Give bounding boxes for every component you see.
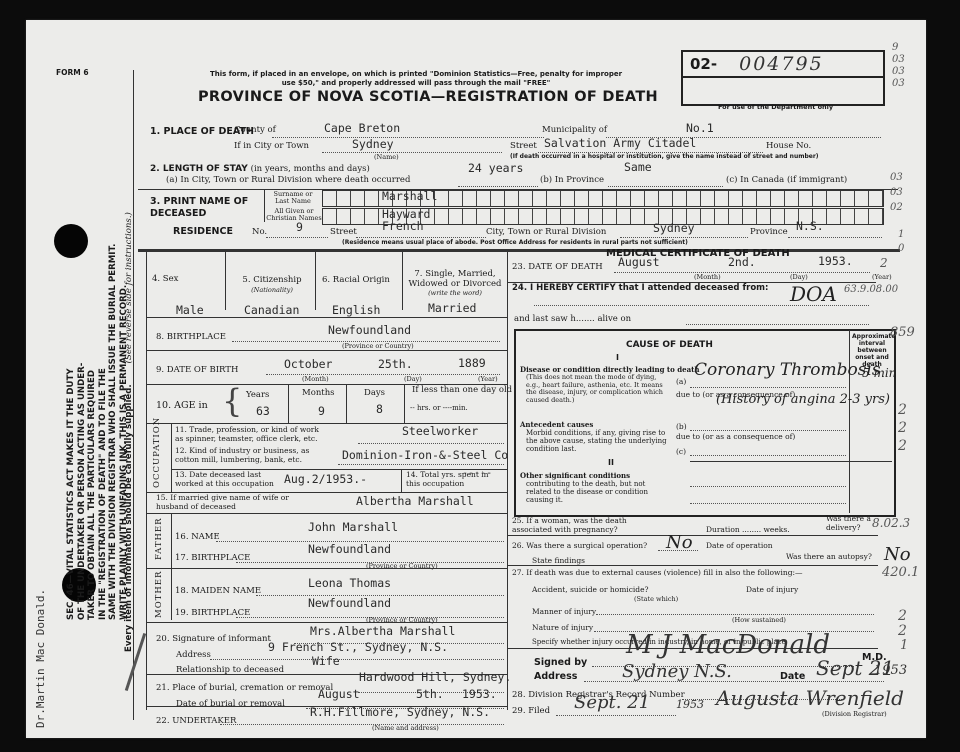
house-label: House No.: [766, 141, 811, 151]
birthplace-value: Newfoundland: [328, 323, 411, 337]
b-label: (b): [676, 422, 687, 431]
postal-note: This form, if placed in an envelope, on …: [186, 70, 646, 88]
informant-sig-label: 20. Signature of informant: [156, 634, 271, 644]
filed-year: 1953: [676, 698, 704, 711]
page-title: PROVINCE OF NOVA SCOTIA—REGISTRATION OF …: [198, 89, 658, 105]
death-certificate: Dr.Martin Mac Donald. SEC. 46—VITAL STAT…: [26, 20, 926, 738]
signed-label: Signed by: [534, 657, 587, 668]
residence-no-label: No.: [252, 227, 267, 237]
birthplace-label: 8. BIRTHPLACE: [156, 332, 226, 342]
physician-signature: M J MacDonald: [626, 630, 830, 660]
province-value: N.S.: [796, 219, 824, 233]
margin-codes-mid: 10: [898, 228, 904, 256]
length-of-stay-label: 2. LENGTH OF STAY (in years, months and …: [150, 164, 370, 174]
sex-label: 4. Sex: [152, 274, 178, 284]
county-label: County of: [234, 125, 276, 135]
name-label: 3. PRINT NAME OF DECEASED: [150, 196, 250, 220]
mother-name: Leona Thomas: [308, 576, 391, 590]
residence-note: (Residence means usual place of abode. P…: [342, 239, 688, 246]
dob-label: 9. DATE OF BIRTH: [156, 365, 238, 375]
residence-label: RESIDENCE: [173, 226, 233, 237]
accident-label: Accident, suicide or homicide?: [532, 585, 649, 594]
municipality-label: Municipality of: [542, 125, 607, 135]
surname-label: Surname or Last Name: [268, 191, 318, 205]
dod-month: August: [618, 255, 660, 269]
dob-year: 1889: [458, 356, 486, 370]
margin-code: 8.02.3: [872, 516, 910, 530]
findings-label: State findings: [532, 556, 585, 565]
brace: {: [222, 386, 242, 416]
dept-note: For use of the Department only: [718, 103, 833, 111]
margin-code: 420.1: [882, 565, 919, 580]
age-label: 10. AGE in: [156, 400, 208, 411]
residence-street-label: Street: [330, 227, 357, 237]
occupation-side-label: OCCUPATION: [152, 417, 162, 488]
last-worked-label: 13. Date deceased last worked at this oc…: [175, 471, 285, 488]
age-less-label: If less than one day old: [412, 385, 512, 395]
q26-date: Date of operation: [706, 541, 773, 550]
age-months-label: Months: [302, 388, 335, 398]
mother-side-label: MOTHER: [154, 571, 164, 618]
industry-label: 12. Kind of industry or business, as cot…: [175, 447, 335, 464]
section-ii: II: [608, 458, 614, 467]
injury-date-label: Date of injury: [746, 585, 798, 594]
margin-rule: [133, 70, 134, 720]
caption: (Month): [302, 375, 329, 383]
racial-value: English: [332, 303, 380, 317]
margin-code: 2: [898, 608, 907, 624]
margin-code: 859: [890, 325, 915, 340]
caption: (Division Registrar): [822, 710, 887, 718]
q25-delivery: Was there a delivery?: [826, 514, 876, 532]
due-to-a: (History of angina 2-3 yrs): [716, 392, 890, 407]
sign-date-label: Date: [780, 671, 805, 682]
dob-day: 25th.: [378, 357, 413, 371]
stay-a-value: 24 years: [468, 161, 523, 175]
father-side-label: FATHER: [154, 517, 164, 560]
residence-city: Sydney: [653, 221, 695, 235]
margin-code: 2: [898, 438, 907, 454]
given-label: All Given or Christian Names: [266, 208, 322, 222]
caption: (How sustained): [732, 616, 786, 624]
burial-place-label: 21. Place of burial, cremation or remova…: [156, 683, 333, 693]
racial-label: 6. Racial Origin: [322, 275, 390, 285]
undertaker-value: R.H.Fillmore, Sydney, N.S.: [310, 705, 490, 719]
certify-code: 63.9.08.00: [844, 284, 898, 295]
caption: (Name and address): [372, 724, 439, 732]
burial-month: August: [318, 687, 360, 701]
age-hrs-min: -- hrs. or ----min.: [410, 404, 468, 412]
caption: (Year): [872, 273, 892, 281]
caption: (Name): [374, 153, 399, 161]
caption: (Year): [478, 375, 498, 383]
section-i: I: [616, 353, 619, 362]
dob-month: October: [284, 357, 332, 371]
age-months: 9: [318, 404, 325, 418]
direct-note: (This does not mean the mode of dying, e…: [526, 374, 671, 404]
trade-label: 11. Trade, profession, or kind of work a…: [175, 426, 325, 443]
q25-label: 25. If a woman, was the death associated…: [512, 516, 662, 534]
registration-prefix: 02-: [690, 55, 717, 73]
autopsy-value: No: [884, 544, 911, 565]
trade-value: Steelworker: [402, 424, 478, 438]
stay-a-label: (a) In City, Town or Rural Division wher…: [166, 175, 410, 185]
physician-address-label: Address: [534, 671, 577, 682]
total-yrs-value: -----: [462, 468, 492, 479]
margin-code: 2: [898, 402, 907, 418]
manner-label: Manner of injury: [532, 607, 596, 616]
spouse-value: Albertha Marshall: [356, 494, 474, 508]
dod-year: 1953.: [818, 254, 853, 268]
age-days-label: Days: [364, 388, 385, 398]
margin-code: 2: [898, 623, 907, 639]
caption: (Month): [694, 273, 721, 281]
age-years-label: Years: [246, 390, 269, 400]
registration-box: 02- 004795: [681, 50, 885, 106]
cause-heading: CAUSE OF DEATH: [626, 340, 713, 350]
due-to-label: due to (or as a consequence of): [676, 432, 795, 441]
cause-a: Coronary Thrombosis: [694, 360, 881, 380]
stay-b-label: (b) In Province: [540, 175, 604, 185]
sex-value: Male: [176, 303, 204, 317]
other-note: contributing to the death, but not relat…: [526, 480, 666, 504]
margin-codes: 9030303: [892, 42, 905, 90]
informant-sig: Mrs.Albertha Marshall: [310, 624, 455, 638]
registration-number: 004795: [739, 53, 824, 75]
informant-address-label: Address: [176, 650, 211, 660]
form-number: FORM 6: [56, 68, 89, 77]
antecedent-label: Antecedent causes: [520, 420, 593, 429]
surname-value: Marshall: [382, 189, 437, 203]
burial-year: 1953.: [462, 687, 497, 701]
margin-code: 1: [900, 638, 908, 653]
cause-a-interval: 5 min: [862, 366, 896, 380]
marital-value: Married: [428, 301, 476, 315]
caption: (Day): [404, 375, 422, 383]
burial-place: Hardwood Hill, Sydney.: [359, 670, 511, 684]
county-value: Cape Breton: [324, 121, 400, 135]
caption: (Day): [790, 273, 808, 281]
residence-street: French: [382, 219, 424, 233]
c-label: (c): [676, 447, 686, 456]
dod-day: 2nd.: [728, 255, 756, 269]
margin-code: 2: [898, 420, 907, 436]
margin-codes-upper: 030302: [890, 170, 903, 215]
certify-label: 24. I HEREBY CERTIFY that I attended dec…: [512, 283, 768, 293]
q26-value: No: [666, 532, 693, 553]
filed-date: Sept. 21: [574, 692, 650, 713]
q26-label: 26. Was there a surgical operation?: [512, 541, 647, 550]
stay-b-value: Same: [624, 160, 652, 174]
other-label: Other significant conditions: [520, 471, 630, 480]
residence-city-label: City, Town or Rural Division: [486, 227, 606, 237]
certify-value: DOA: [790, 282, 837, 306]
burial-day: 5th.: [416, 687, 444, 701]
age-years: 63: [256, 404, 270, 418]
age-days: 8: [376, 402, 383, 416]
margin-code: 2: [880, 256, 888, 270]
last-saw-label: and last saw h....... alive on: [514, 314, 631, 324]
burial-date-label: Date of burial or removal: [176, 699, 285, 709]
street-label: Street: [510, 141, 537, 151]
doctor-typed-name: Dr.Martin Mac Donald.: [34, 589, 47, 728]
q25-duration: Duration ........ weeks.: [706, 525, 790, 534]
father-name: John Marshall: [308, 520, 398, 534]
province-label: Province: [750, 227, 788, 237]
dod-label: 23. DATE OF DEATH: [512, 262, 603, 272]
mother-bp: Newfoundland: [308, 596, 391, 610]
hospital-note: (If death occurred in a hospital or inst…: [510, 153, 819, 160]
residence-no: 9: [296, 220, 303, 234]
industry-value: Dominion-Iron-&-Steel Co: [342, 448, 508, 462]
statute-text: SEC. 46—VITAL STATISTICS ACT MAKES IT TH…: [66, 244, 129, 620]
citizenship-label: 5. Citizenship(Nationality): [232, 275, 312, 295]
mother-name-label: 18. MAIDEN NAME: [175, 586, 261, 596]
nature-label: Nature of injury: [532, 623, 593, 632]
caption: (Province or Country): [342, 342, 414, 350]
q29-label: 29. Filed: [512, 706, 550, 716]
spouse-label: 15. If married give name of wife or husb…: [156, 494, 296, 511]
caption: (State which): [634, 595, 678, 603]
father-bp: Newfoundland: [308, 542, 391, 556]
last-worked-value: Aug.2/1953.-: [284, 472, 367, 486]
relation-value: Wife: [312, 654, 340, 668]
street-value: Salvation Army Citadel: [544, 136, 696, 150]
sign-year: 1953: [874, 663, 907, 678]
citizenship-value: Canadian: [244, 303, 299, 317]
physician-address: Sydney N.S.: [622, 661, 732, 682]
informant-address: 9 French St., Sydney, N.S.: [268, 640, 448, 654]
marital-label: 7. Single, Married, Widowed or Divorced(…: [406, 270, 504, 299]
city-label: If in City or Town: [234, 141, 309, 151]
municipality-value: No.1: [686, 121, 714, 135]
city-value: Sydney: [352, 137, 394, 151]
autopsy-label: Was there an autopsy?: [786, 552, 872, 561]
father-name-label: 16. NAME: [175, 532, 220, 542]
antecedent-note: Morbid conditions, if any, giving rise t…: [526, 429, 671, 453]
registrar-signature: Augusta Wrenfield: [716, 686, 904, 710]
q27-label: 27. If death was due to external causes …: [512, 568, 803, 577]
stay-c-label: (c) In Canada (if immigrant): [726, 175, 847, 185]
